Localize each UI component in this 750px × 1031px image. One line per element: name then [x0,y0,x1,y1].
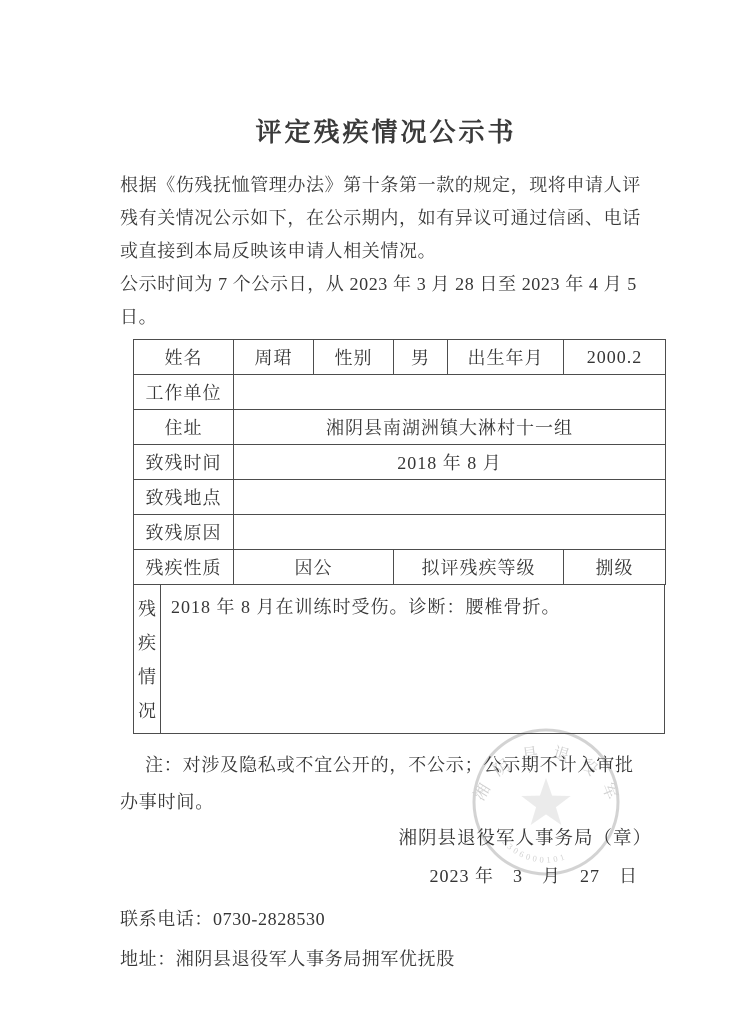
gender-value-cell: 男 [394,340,448,375]
table-row-identity: 姓名 周珺 性别 男 出生年月 2000.2 [134,340,666,375]
birth-label-cell: 出生年月 [448,340,564,375]
gender-label-cell: 性别 [314,340,394,375]
nature-value-cell: 因公 [234,550,394,585]
signature-organization: 湘阴县退役军人事务局（章） [120,824,652,850]
address-label-cell: 住址 [134,410,234,445]
injury-place-value-cell [234,480,666,515]
table-row-injury-time: 致残时间 2018 年 8 月 [134,445,666,480]
intro-line: 根据《伤残抚恤管理办法》第十条第一款的规定，现将申请人评 [120,169,652,202]
condition-label-char: 残 [138,595,156,621]
name-label-cell: 姓名 [134,340,234,375]
condition-label-char: 况 [138,697,156,723]
address-value-cell: 湘阴县南湖洲镇大淋村十一组 [234,410,666,445]
disability-condition-table: 残 疾 情 况 2018 年 8 月在训练时受伤。诊断：腰椎骨折。 [133,584,665,734]
table-row-address: 住址 湘阴县南湖洲镇大淋村十一组 [134,410,666,445]
signature-date: 2023 年 3 月 27 日 [120,862,652,888]
condition-label-cell: 残 疾 情 况 [134,584,161,733]
injury-cause-value-cell [234,515,666,550]
intro-line: 或直接到本局反映该申请人相关情况。 [120,235,652,268]
contact-address: 地址：湘阴县退役军人事务局拥军优抚股 [120,945,652,971]
nature-label-cell: 残疾性质 [134,550,234,585]
name-value-cell: 周珺 [234,340,314,375]
workunit-value-cell [234,375,666,410]
injury-place-label-cell: 致残地点 [134,480,234,515]
injury-time-label-cell: 致残时间 [134,445,234,480]
condition-label-char: 疾 [138,629,156,655]
period-line: 日。 [120,301,652,334]
table-row-injury-place: 致残地点 [134,480,666,515]
intro-line: 残有关情况公示如下，在公示期内，如有异议可通过信函、电话 [120,202,652,235]
page-title: 评定残疾情况公示书 [120,112,652,149]
condition-label-char: 情 [138,663,156,689]
table-row-workunit: 工作单位 [134,375,666,410]
period-line: 公示时间为 7 个公示日，从 2023 年 3 月 28 日至 2023 年 4… [120,268,652,301]
workunit-label-cell: 工作单位 [134,375,234,410]
publicity-period-paragraph: 公示时间为 7 个公示日，从 2023 年 3 月 28 日至 2023 年 4… [120,268,652,334]
note-paragraph: 注：对涉及隐私或不宜公开的，不公示；公示期不计入审批 办事时间。 [120,747,652,821]
intro-paragraph: 根据《伤残抚恤管理办法》第十条第一款的规定，现将申请人评 残有关情况公示如下，在… [120,169,652,268]
injury-time-value-cell: 2018 年 8 月 [234,445,666,480]
grade-label-cell: 拟评残疾等级 [394,550,564,585]
document-page: 湘阴县退役军人事务局 2306000101 评定残疾情况公示书 根据《伤残抚恤管… [0,0,750,1031]
table-row-condition: 残 疾 情 况 2018 年 8 月在训练时受伤。诊断：腰椎骨折。 [134,584,665,733]
injury-cause-label-cell: 致残原因 [134,515,234,550]
birth-value-cell: 2000.2 [564,340,666,375]
applicant-info-table: 姓名 周珺 性别 男 出生年月 2000.2 工作单位 住址 湘阴县南湖洲镇大淋… [133,339,666,585]
condition-value-cell: 2018 年 8 月在训练时受伤。诊断：腰椎骨折。 [161,584,665,733]
note-line: 注：对涉及隐私或不宜公开的，不公示；公示期不计入审批 [120,747,652,784]
contact-phone: 联系电话：0730-2828530 [120,905,652,931]
table-row-nature-grade: 残疾性质 因公 拟评残疾等级 捌级 [134,550,666,585]
note-line: 办事时间。 [120,784,652,821]
document-content: 评定残疾情况公示书 根据《伤残抚恤管理办法》第十条第一款的规定，现将申请人评 残… [0,0,750,971]
condition-vertical-label: 残 疾 情 况 [134,595,160,723]
table-row-injury-cause: 致残原因 [134,515,666,550]
grade-value-cell: 捌级 [564,550,666,585]
